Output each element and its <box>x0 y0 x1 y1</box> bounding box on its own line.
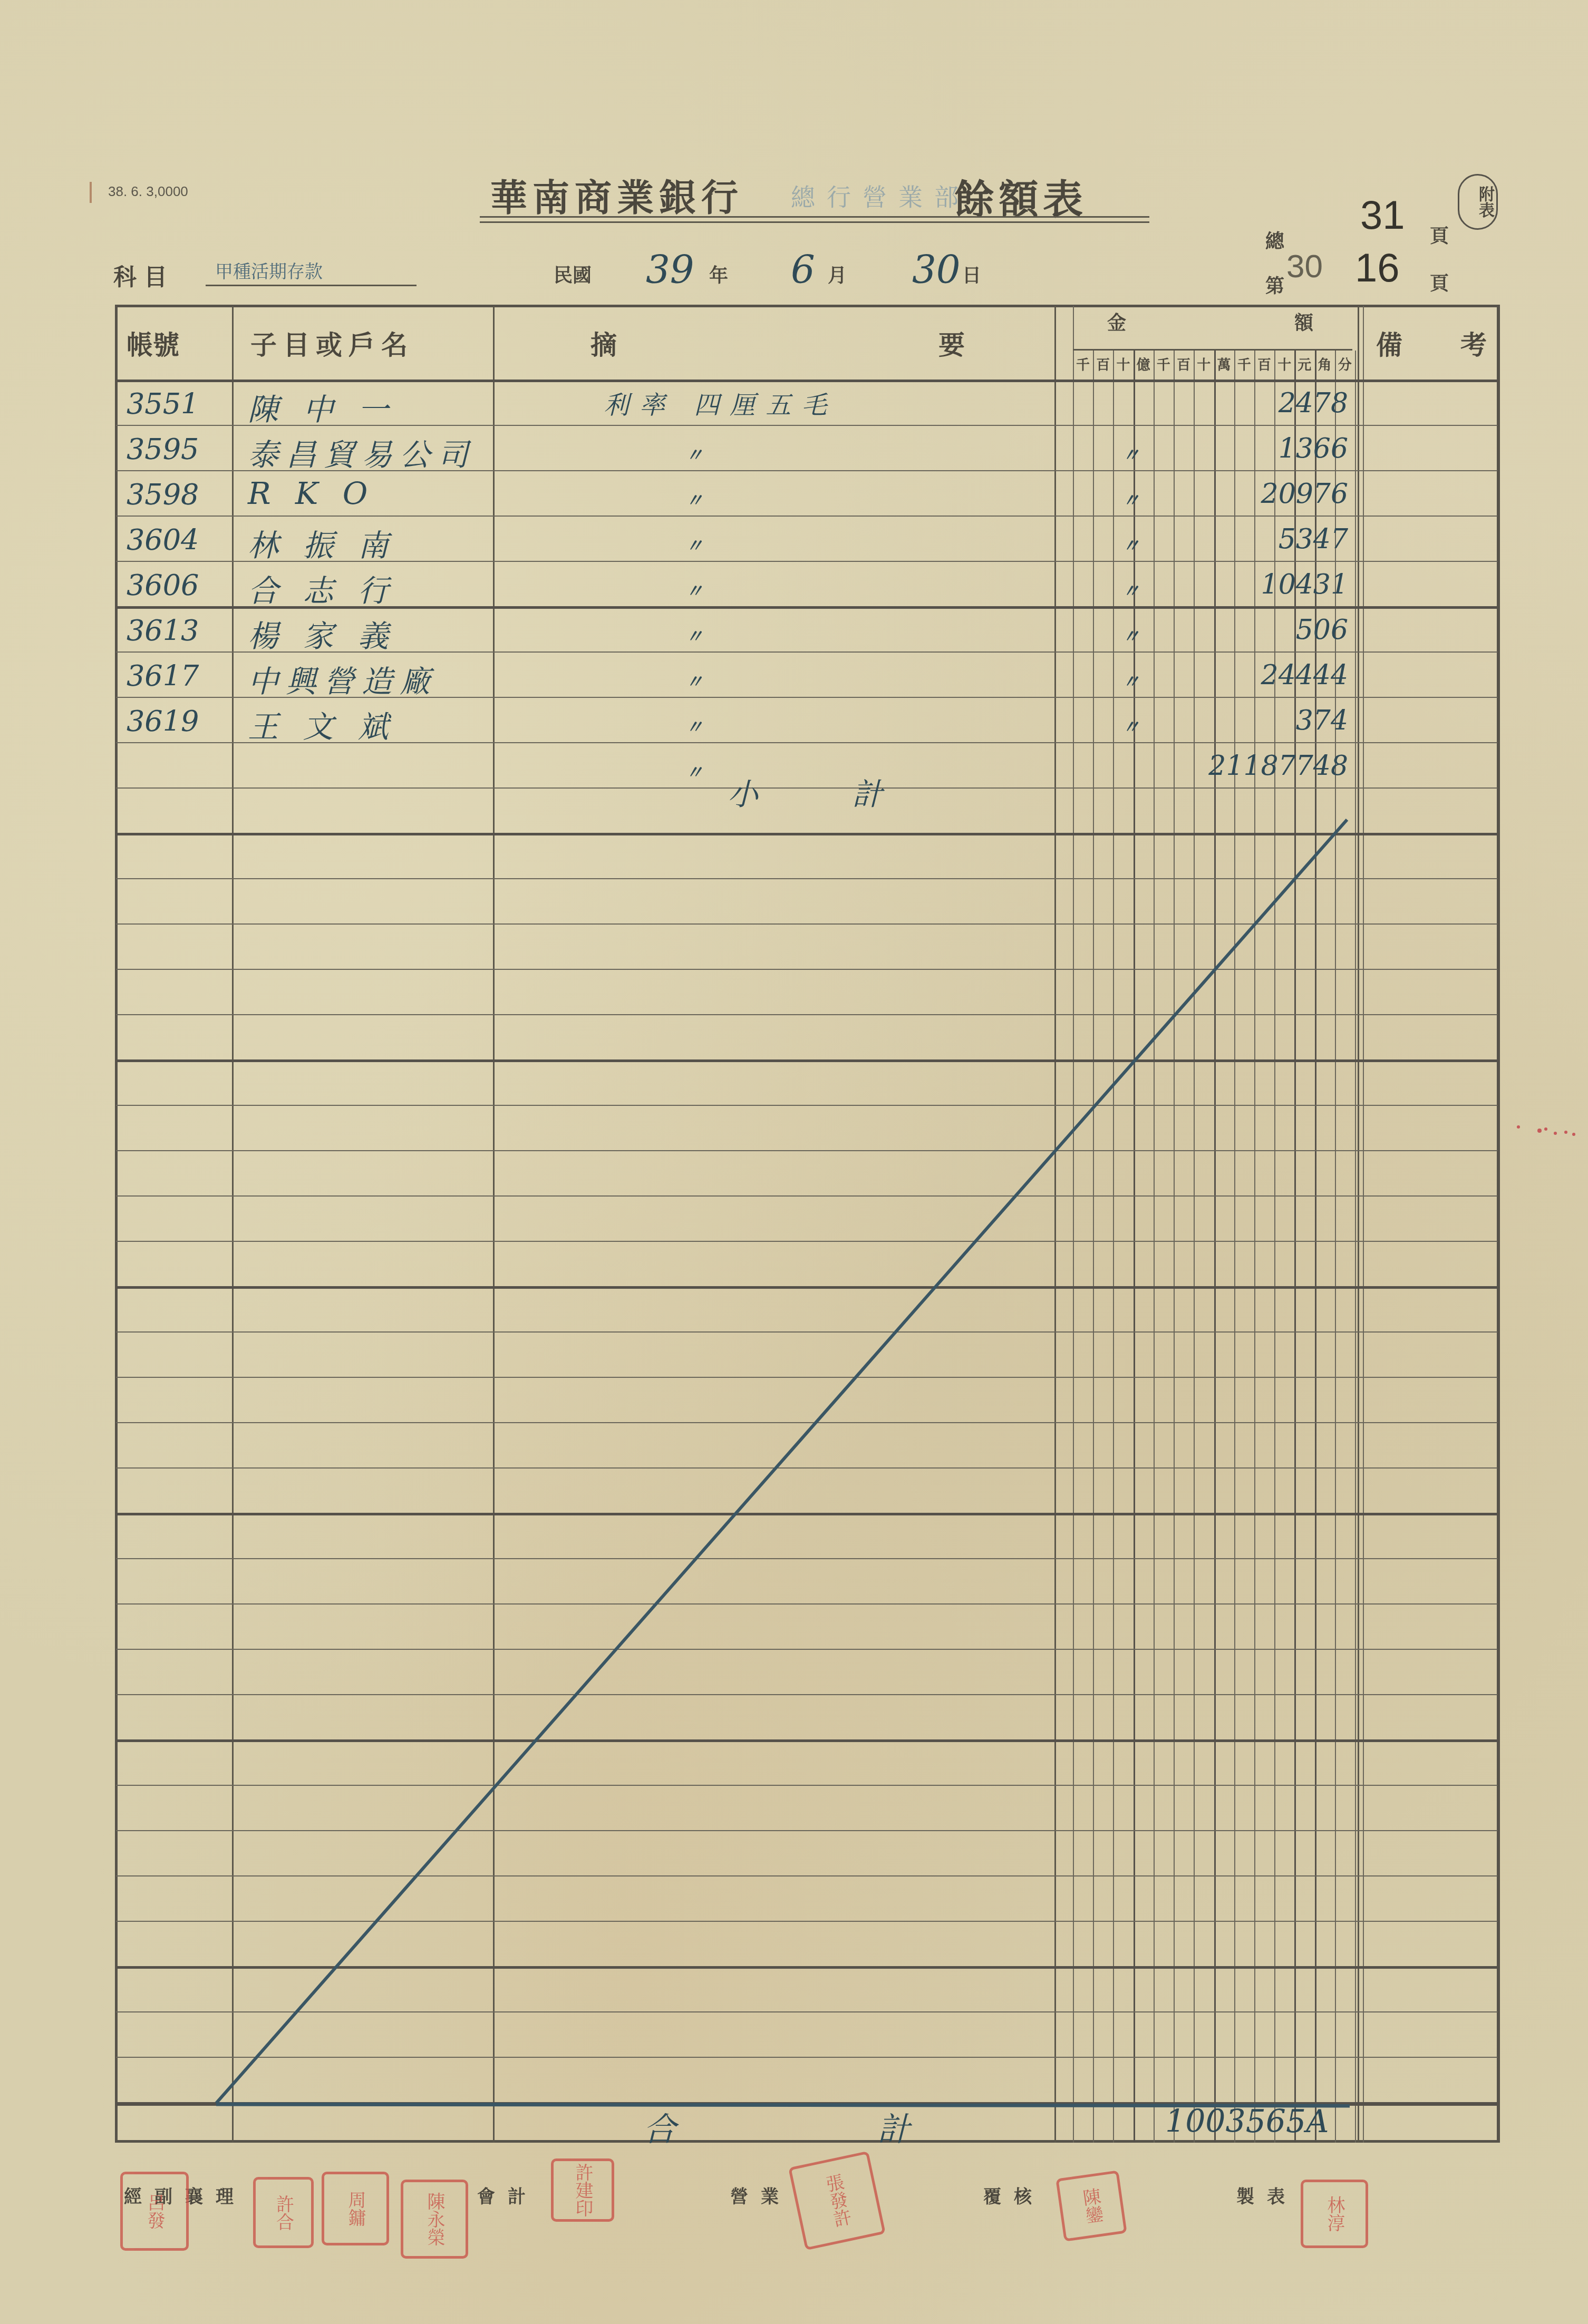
seal-review: 陳鑾 <box>1056 2170 1127 2242</box>
seal-business: 張發許 <box>788 2151 886 2251</box>
seal-accounting: 許建印 <box>551 2158 614 2222</box>
sig-label-prepared: 製表 <box>1236 2182 1297 2208</box>
sig-label-business: 營業 <box>730 2182 791 2208</box>
diagonal-cancel-line <box>0 0 1588 2324</box>
seal-managers-3: 周鏞 <box>322 2172 389 2245</box>
total-label: 合 計 <box>643 2103 994 2150</box>
sig-label-accounting: 會計 <box>477 2182 538 2208</box>
seal-managers-4: 陳永榮 <box>401 2180 468 2259</box>
seal-managers-1: 呂發 <box>120 2172 189 2251</box>
red-ink-spots <box>1513 1123 1576 1139</box>
total-amount: 1003565A <box>1165 2103 1329 2140</box>
seal-prepared: 林淳 <box>1301 2180 1368 2248</box>
seal-managers-2: 許合 <box>253 2177 314 2248</box>
sig-label-review: 覆核 <box>983 2182 1044 2208</box>
